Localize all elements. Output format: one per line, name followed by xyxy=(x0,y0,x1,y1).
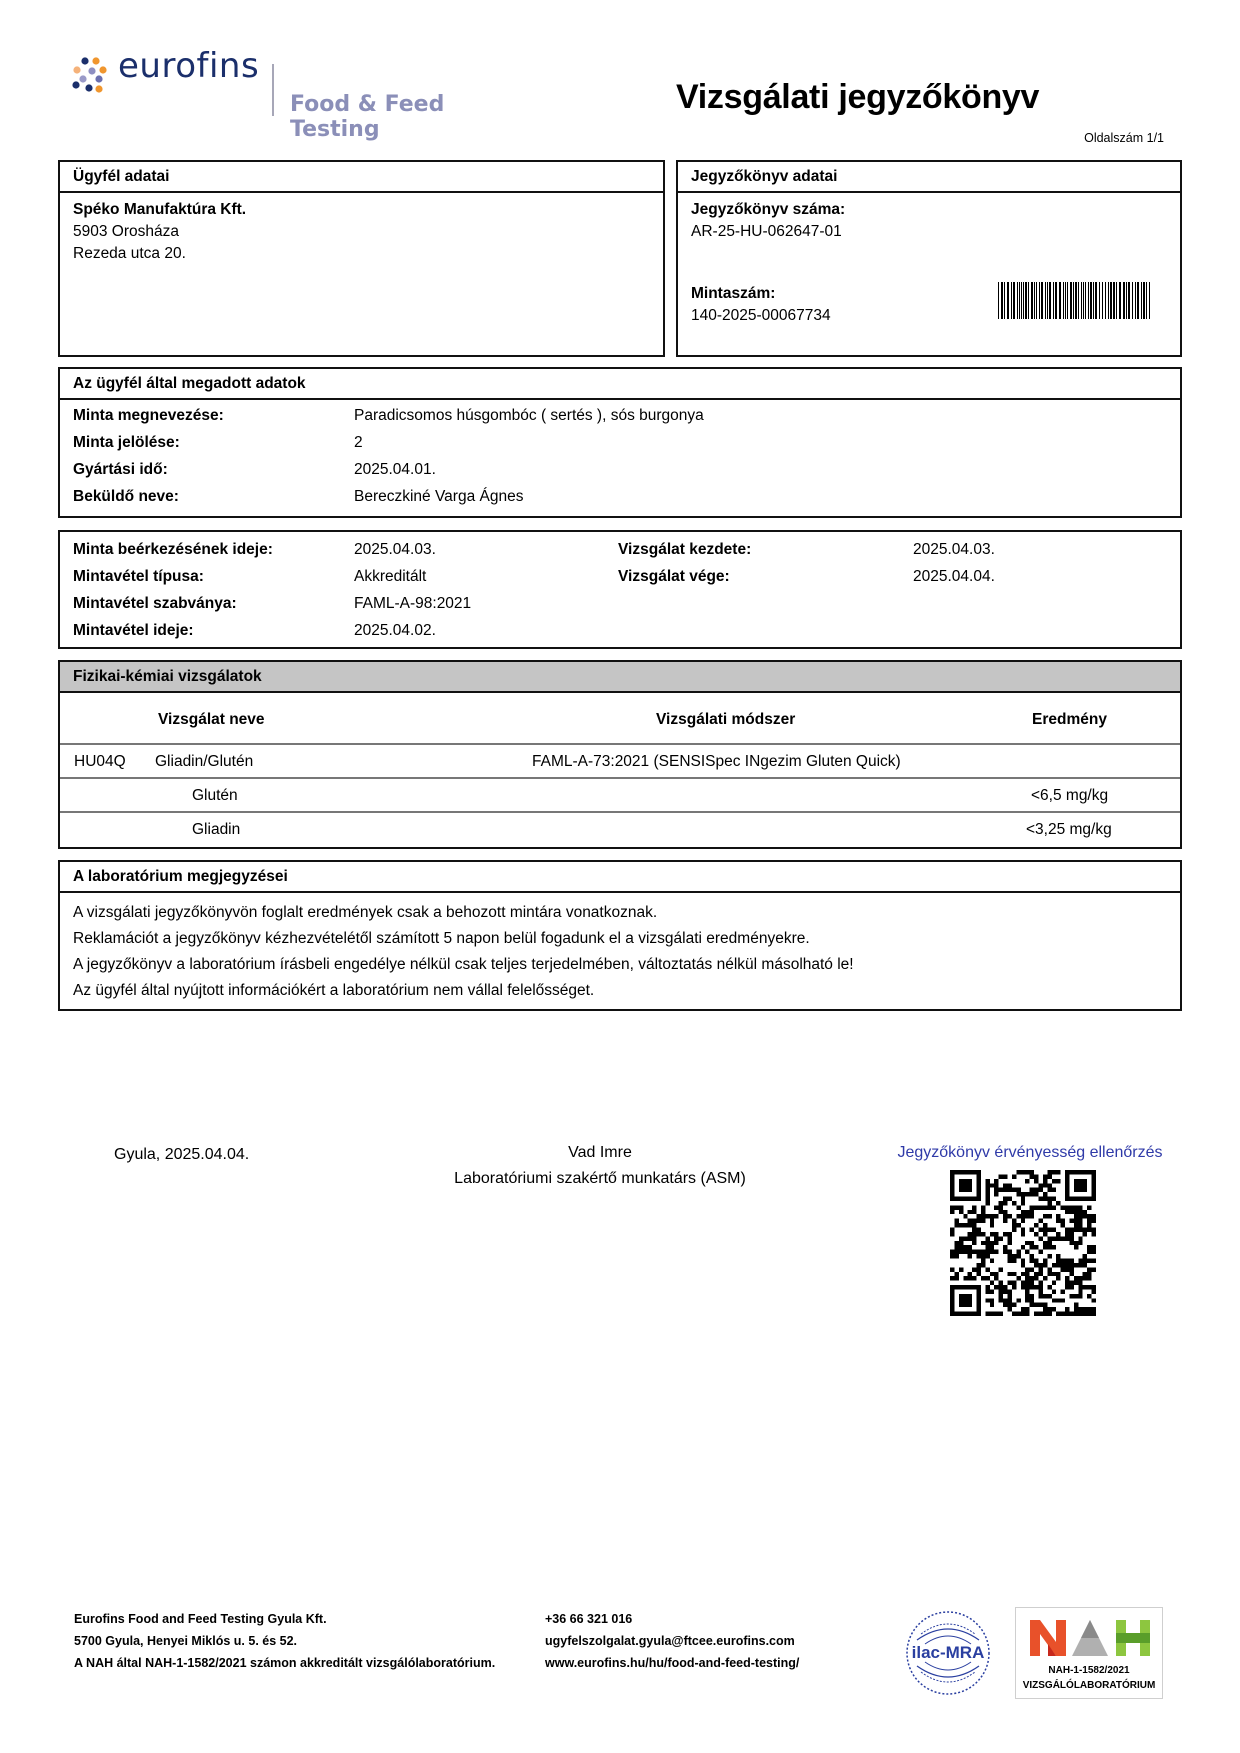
field-value: 2 xyxy=(354,434,363,452)
eurofins-dots-icon xyxy=(72,56,112,96)
table-row: Gliadin <3,25 mg/kg xyxy=(60,813,1180,847)
field-label: Minta jelölése: xyxy=(73,434,180,452)
barcode-icon xyxy=(998,282,1154,319)
nah-caption: VIZSGÁLÓLABORATÓRIUM xyxy=(1016,1680,1162,1691)
signer-role: Laboratóriumi szakértő munkatárs (ASM) xyxy=(400,1170,800,1188)
footer-phone: +36 66 321 016 xyxy=(545,1608,799,1630)
svg-text:ilac-MRA: ilac-MRA xyxy=(912,1643,985,1662)
production-date-row: Gyártási idő: 2025.04.01. xyxy=(60,457,1180,484)
sample-marking-row: Minta jelölése: 2 xyxy=(60,430,1180,457)
sample-name-row: Minta megnevezése: Paradicsomos húsgombó… xyxy=(60,403,1180,430)
field-label: Vizsgálat vége: xyxy=(618,568,730,586)
nah-accreditation-logo: NAH-1-1582/2021 VIZSGÁLÓLABORATÓRIUM xyxy=(1015,1607,1163,1699)
column-header-result: Eredmény xyxy=(1032,711,1107,729)
report-validity-check-link[interactable]: Jegyzőkönyv érvényesség ellenőrzés xyxy=(880,1144,1180,1162)
report-number-value: AR-25-HU-062647-01 xyxy=(691,221,1167,243)
client-address-line1: 5903 Orosháza xyxy=(73,221,650,243)
test-name: Gliadin xyxy=(192,821,240,839)
report-data-box: Jegyzőkönyv adatai Jegyzőkönyv száma: AR… xyxy=(676,160,1182,357)
client-data-box: Ügyfél adatai Spéko Manufaktúra Kft. 590… xyxy=(58,160,665,357)
note-line: Reklamációt a jegyzőkönyv kézhezvételétő… xyxy=(73,926,1167,952)
sampling-type-row: Mintavétel típusa: Akkreditált Vizsgálat… xyxy=(60,564,1180,591)
footer-accreditation: A NAH által NAH-1-1582/2021 számon akkre… xyxy=(74,1652,495,1674)
field-value: 2025.04.03. xyxy=(913,541,995,559)
brand-name: eurofins xyxy=(118,46,259,86)
field-label: Beküldő neve: xyxy=(73,488,179,506)
test-name: Glutén xyxy=(192,787,238,805)
tests-table: Fizikai-kémiai vizsgálatok Vizsgálat nev… xyxy=(58,660,1182,849)
column-header-method: Vizsgálati módszer xyxy=(656,711,795,729)
footer-contact-info: +36 66 321 016 ugyfelszolgalat.gyula@ftc… xyxy=(545,1608,799,1674)
sender-name-row: Beküldő neve: Bereczkiné Varga Ágnes xyxy=(60,484,1180,511)
sampling-standard-row: Mintavétel szabványa: FAML-A-98:2021 xyxy=(60,591,1180,618)
test-code: HU04Q xyxy=(74,753,126,771)
field-label: Minta beérkezésének ideje: xyxy=(73,541,273,559)
brand-subtitle: Food & Feed Testing xyxy=(290,92,512,142)
field-value: Bereczkiné Varga Ágnes xyxy=(354,488,523,506)
client-name: Spéko Manufaktúra Kft. xyxy=(73,199,650,221)
footer-address: 5700 Gyula, Henyei Miklós u. 5. és 52. xyxy=(74,1630,495,1652)
note-line: A vizsgálati jegyzőkönyvön foglalt eredm… xyxy=(73,900,1167,926)
report-data-heading: Jegyzőkönyv adatai xyxy=(678,162,1180,193)
table-row: HU04Q Gliadin/Glutén FAML-A-73:2021 (SEN… xyxy=(60,745,1180,779)
field-label: Minta megnevezése: xyxy=(73,407,224,425)
test-result: <3,25 mg/kg xyxy=(1026,821,1112,839)
footer-company-name: Eurofins Food and Feed Testing Gyula Kft… xyxy=(74,1608,495,1630)
page-number: Oldalszám 1/1 xyxy=(1084,131,1164,145)
client-provided-data-box: Az ügyfél által megadott adatok Minta me… xyxy=(58,367,1182,518)
footer-website: www.eurofins.hu/hu/food-and-feed-testing… xyxy=(545,1652,799,1674)
test-name: Gliadin/Glutén xyxy=(155,753,253,771)
place-and-date: Gyula, 2025.04.04. xyxy=(114,1146,249,1164)
client-data-heading: Ügyfél adatai xyxy=(60,162,663,193)
client-address-line2: Rezeda utca 20. xyxy=(73,243,650,265)
field-value: 2025.04.01. xyxy=(354,461,436,479)
footer-email: ugyfelszolgalat.gyula@ftcee.eurofins.com xyxy=(545,1630,799,1652)
eurofins-logo: eurofins Food & Feed Testing xyxy=(72,52,512,112)
client-provided-data-heading: Az ügyfél által megadott adatok xyxy=(60,369,1180,400)
test-method: FAML-A-73:2021 (SENSISpec INgezim Gluten… xyxy=(532,753,901,771)
column-header-test-name: Vizsgálat neve xyxy=(158,711,265,729)
lab-notes-heading: A laboratórium megjegyzései xyxy=(60,862,1180,893)
field-value: 2025.04.03. xyxy=(354,541,436,559)
signer-name: Vad Imre xyxy=(450,1144,750,1162)
footer-company-info: Eurofins Food and Feed Testing Gyula Kft… xyxy=(74,1608,495,1674)
field-label: Mintavétel ideje: xyxy=(73,622,194,640)
field-label: Vizsgálat kezdete: xyxy=(618,541,751,559)
field-value: FAML-A-98:2021 xyxy=(354,595,471,613)
nah-letters-icon xyxy=(1030,1620,1150,1656)
field-label: Mintavétel típusa: xyxy=(73,568,204,586)
field-value: Paradicsomos húsgombóc ( sertés ), sós b… xyxy=(354,407,704,425)
sampling-date-row: Mintavétel ideje: 2025.04.02. xyxy=(60,618,1180,645)
ilac-mra-logo-icon: ilac-MRA xyxy=(905,1610,991,1696)
table-header-row: Vizsgálat neve Vizsgálati módszer Eredmé… xyxy=(60,693,1180,745)
field-value: 2025.04.02. xyxy=(354,622,436,640)
note-line: Az ügyfél által nyújtott információkért … xyxy=(73,978,1167,1004)
arrival-date-row: Minta beérkezésének ideje: 2025.04.03. V… xyxy=(60,537,1180,564)
sampling-dates-box: Minta beérkezésének ideje: 2025.04.03. V… xyxy=(58,530,1182,649)
field-value: Akkreditált xyxy=(354,568,426,586)
report-number-label: Jegyzőkönyv száma: xyxy=(691,199,1167,221)
lab-notes-box: A laboratórium megjegyzései A vizsgálati… xyxy=(58,860,1182,1011)
test-result: <6,5 mg/kg xyxy=(1031,787,1108,805)
note-line: A jegyzőkönyv a laboratórium írásbeli en… xyxy=(73,952,1167,978)
nah-code: NAH-1-1582/2021 xyxy=(1016,1665,1162,1676)
qr-code-icon[interactable] xyxy=(950,1170,1096,1316)
table-row: Glutén <6,5 mg/kg xyxy=(60,779,1180,813)
logo-divider xyxy=(272,64,274,116)
tests-heading: Fizikai-kémiai vizsgálatok xyxy=(60,662,1180,693)
field-label: Gyártási idő: xyxy=(73,461,168,479)
document-title: Vizsgálati jegyzőkönyv xyxy=(676,78,1039,117)
field-value: 2025.04.04. xyxy=(913,568,995,586)
field-label: Mintavétel szabványa: xyxy=(73,595,237,613)
